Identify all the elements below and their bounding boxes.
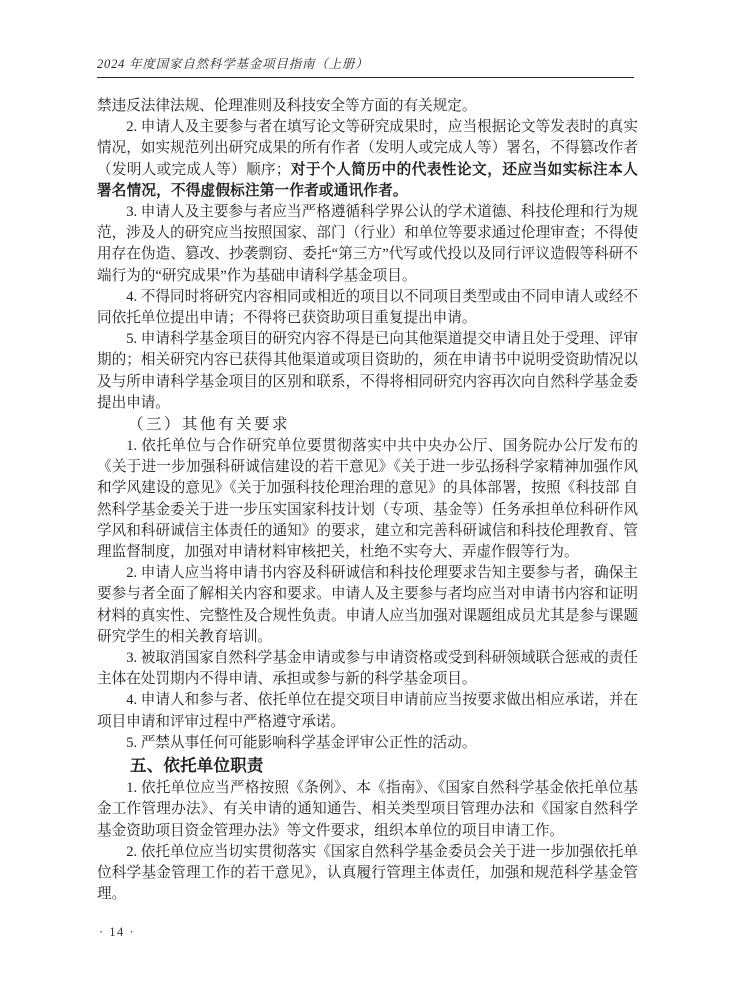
text-segment: 5. 严禁从事任何可能影响科学基金评审公正性的活动。 (126, 735, 476, 751)
text-segment: 3. 申请人及主要参与者应当严格遵循科学界公认的学术道德、科技伦理和行为规范，涉… (97, 204, 638, 284)
paragraph: 4. 申请人和参与者、依托单位在提交项目申请前应当按要求做出相应承诺，并在项目申… (97, 690, 638, 732)
paragraph: 4. 不得同时将研究内容相同或相近的项目以不同项目类型或由不同申请人或经不同依托… (97, 287, 638, 329)
page-header-title: 2024 年度国家自然科学基金项目指南（上册） (97, 54, 634, 72)
paragraph: 1. 依托单位应当严格按照《条例》、本《指南》、《国家自然科学基金依托单位基金工… (97, 778, 638, 842)
chapter-heading: 五、依托单位职责 (97, 754, 638, 778)
text-segment: 五、依托单位职责 (130, 757, 264, 775)
paragraph: 2. 申请人及主要参与者在填写论文等研究成果时，应当根据论文等发表时的真实情况，… (97, 117, 638, 202)
paragraph: 5. 申请科学基金项目的研究内容不得是已向其他渠道提交申请且处于受理、评审期的；… (97, 329, 638, 414)
text-segment: 1. 依托单位应当严格按照《条例》、本《指南》、《国家自然科学基金依托单位基金工… (97, 780, 638, 838)
paragraph: 禁违反法律法规、伦理准则及科技安全等方面的有关规定。 (97, 96, 638, 117)
document-body: 禁违反法律法规、伦理准则及科技安全等方面的有关规定。2. 申请人及主要参与者在填… (97, 96, 638, 905)
section-heading: （三）其他有关要求 (97, 414, 638, 436)
paragraph: 2. 申请人应当将申请书内容及科研诚信和科技伦理要求告知主要参与者，确保主要参与… (97, 563, 638, 648)
page-header: 2024 年度国家自然科学基金项目指南（上册） (97, 54, 634, 78)
text-segment: 1. 依托单位与合作研究单位要贯彻落实中共中央办公厅、国务院办公厅发布的《关于进… (97, 438, 638, 560)
paragraph: 5. 严禁从事任何可能影响科学基金评审公正性的活动。 (97, 733, 638, 754)
text-segment: 2. 依托单位应当切实贯彻落实《国家自然科学基金委员会关于进一步加强依托单位科学… (97, 844, 638, 902)
text-segment: 2. 申请人应当将申请书内容及科研诚信和科技伦理要求告知主要参与者，确保主要参与… (97, 565, 638, 645)
page-footer: · 14 · (99, 925, 135, 940)
text-segment: 3. 被取消国家自然科学基金申请或参与申请资格或受到科研领域联合惩戒的责任主体在… (97, 650, 638, 687)
text-segment: 禁违反法律法规、伦理准则及科技安全等方面的有关规定。 (97, 98, 476, 114)
text-segment: （三）其他有关要求 (128, 416, 290, 433)
paragraph: 3. 被取消国家自然科学基金申请或参与申请资格或受到科研领域联合惩戒的责任主体在… (97, 648, 638, 690)
text-segment: 5. 申请科学基金项目的研究内容不得是已向其他渠道提交申请且处于受理、评审期的；… (97, 331, 638, 411)
paragraph: 3. 申请人及主要参与者应当严格遵循科学界公认的学术道德、科技伦理和行为规范，涉… (97, 202, 638, 287)
document-page: 2024 年度国家自然科学基金项目指南（上册） 禁违反法律法规、伦理准则及科技安… (0, 0, 729, 1005)
header-rule (97, 77, 634, 78)
paragraph: 2. 依托单位应当切实贯彻落实《国家自然科学基金委员会关于进一步加强依托单位科学… (97, 842, 638, 906)
text-segment: 4. 不得同时将研究内容相同或相近的项目以不同项目类型或由不同申请人或经不同依托… (97, 289, 638, 326)
page-number: · 14 · (99, 925, 135, 939)
text-segment: 4. 申请人和参与者、依托单位在提交项目申请前应当按要求做出相应承诺，并在项目申… (97, 692, 638, 729)
paragraph: 1. 依托单位与合作研究单位要贯彻落实中共中央办公厅、国务院办公厅发布的《关于进… (97, 436, 638, 563)
